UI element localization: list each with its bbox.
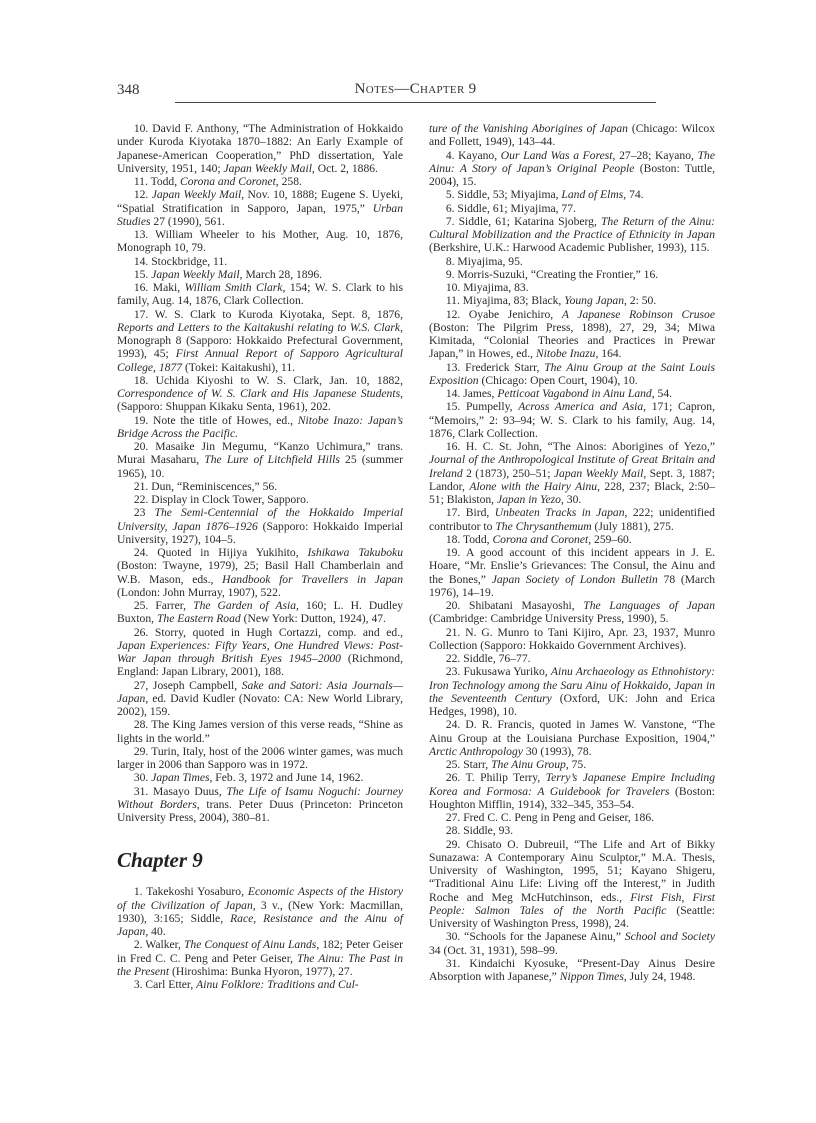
note-text: , 2: 50. bbox=[624, 294, 656, 307]
endnote: 23 The Semi-Centennial of the Hokkaido I… bbox=[117, 506, 403, 546]
italic-title: Reports and Letters to the Kaitakushi re… bbox=[117, 321, 400, 334]
endnote: 12. Oyabe Jenichiro, A Japanese Robinson… bbox=[429, 308, 715, 361]
endnote: 12. Japan Weekly Mail, Nov. 10, 1888; Eu… bbox=[117, 188, 403, 228]
note-text: 23. Fukusawa Yuriko, bbox=[446, 665, 551, 678]
italic-title: Japan Society of London Bulletin bbox=[492, 573, 658, 586]
note-text: (Chicago: Open Court, 1904), 10. bbox=[479, 374, 638, 387]
italic-title: Across America and Asia bbox=[518, 400, 643, 413]
note-text: 3. Carl Etter, bbox=[134, 978, 196, 991]
italic-title: Corona and Coronet bbox=[180, 175, 276, 188]
note-text: 13. Frederick Starr, bbox=[446, 361, 544, 374]
note-text: , 40. bbox=[145, 925, 165, 938]
note-text: 25. Starr, bbox=[446, 758, 491, 771]
endnote: 7. Siddle, 61; Katarina Sjoberg, The Ret… bbox=[429, 215, 715, 255]
endnote: 2. Walker, The Conquest of Ainu Lands, 1… bbox=[117, 938, 403, 978]
note-text: 24. Quoted in Hijiya Yukihito, bbox=[134, 546, 308, 559]
note-text: 23 bbox=[134, 506, 155, 519]
endnote: 21. Dun, “Reminiscences,” 56. bbox=[117, 480, 403, 493]
italic-title: Ainu Folklore: Traditions and Cul- bbox=[196, 978, 359, 991]
note-text: 19. Note the title of Howes, ed., bbox=[134, 414, 298, 427]
note-text: (Hiroshima: Bunka Hyoron, 1977), 27. bbox=[169, 965, 353, 978]
note-text: (London: John Murray, 1907), 522. bbox=[117, 586, 281, 599]
italic-title: The Conquest of Ainu Lands bbox=[184, 938, 316, 951]
endnote: 27. Fred C. C. Peng in Peng and Geiser, … bbox=[429, 811, 715, 824]
endnote: 23. Fukusawa Yuriko, Ainu Archaeology as… bbox=[429, 665, 715, 718]
note-text: 13. William Wheeler to his Mother, Aug. … bbox=[117, 228, 403, 254]
note-text: , 259–60. bbox=[588, 533, 631, 546]
note-text: , ed. David Kudler (Novato: CA: New Worl… bbox=[117, 692, 403, 718]
endnote: 19. Note the title of Howes, ed., Nitobe… bbox=[117, 414, 403, 441]
note-text: 1. Takekoshi Yosaburo, bbox=[134, 885, 248, 898]
note-text: 25. Farrer, bbox=[134, 599, 193, 612]
endnote: 13. William Wheeler to his Mother, Aug. … bbox=[117, 228, 403, 255]
endnote: 18. Todd, Corona and Coronet, 259–60. bbox=[429, 533, 715, 546]
endnote: 24. D. R. Francis, quoted in James W. Va… bbox=[429, 718, 715, 758]
endnote: 19. A good account of this incident appe… bbox=[429, 546, 715, 599]
note-text: 6. Siddle, 61; Miyajima, 77. bbox=[446, 202, 576, 215]
note-text: (Berkshire, U.K.: Harwood Academic Publi… bbox=[429, 241, 710, 254]
endnote: 21. N. G. Munro to Tani Kijiro, Apr. 23,… bbox=[429, 626, 715, 653]
endnote: 24. Quoted in Hijiya Yukihito, Ishikawa … bbox=[117, 546, 403, 599]
endnote: 26. Storry, quoted in Hugh Cortazzi, com… bbox=[117, 626, 403, 679]
note-text: 15. Pumpelly, bbox=[446, 400, 518, 413]
note-text: , Feb. 3, 1972 and June 14, 1962. bbox=[210, 771, 364, 784]
note-text: 21. N. G. Munro to Tani Kijiro, Apr. 23,… bbox=[429, 626, 715, 652]
note-text: 5. Siddle, 53; Miyajima, bbox=[446, 188, 562, 201]
italic-title: The Languages of Japan bbox=[583, 599, 715, 612]
endnote: 29. Chisato O. Dubreuil, “The Life and A… bbox=[429, 838, 715, 931]
note-text: 34 (Oct. 31, 1931), 598–99. bbox=[429, 944, 558, 957]
note-text: , July 24, 1948. bbox=[624, 970, 696, 983]
italic-title: Unbeaten Tracks in Japan bbox=[495, 506, 625, 519]
note-text: , March 28, 1896. bbox=[240, 268, 322, 281]
endnote: 10. Miyajima, 83. bbox=[429, 281, 715, 294]
italic-title: School and Society bbox=[625, 930, 715, 943]
italic-title: Japan Weekly Mail bbox=[554, 467, 643, 480]
endnote: 15. Pumpelly, Across America and Asia, 1… bbox=[429, 400, 715, 440]
italic-title: Ishikawa Takuboku bbox=[308, 546, 403, 559]
endnote: 17. W. S. Clark to Kuroda Kiyotaka, Sept… bbox=[117, 308, 403, 374]
note-text: 27, Joseph Campbell, bbox=[134, 679, 242, 692]
italic-title: Japan Weekly Mail bbox=[151, 268, 239, 281]
endnote: 16. Maki, William Smith Clark, 154; W. S… bbox=[117, 281, 403, 308]
note-text: 16. H. C. St. John, “The Ainos: Aborigin… bbox=[446, 440, 715, 453]
endnote: 20. Masaike Jin Megumu, “Kanzo Uchimura,… bbox=[117, 440, 403, 480]
italic-title: Nippon Times bbox=[560, 970, 624, 983]
italic-title: Alone with the Hairy Ainu bbox=[469, 480, 597, 493]
note-text: 26. Storry, quoted in Hugh Cortazzi, com… bbox=[134, 626, 403, 639]
note-text: 17. W. S. Clark to Kuroda Kiyotaka, Sept… bbox=[134, 308, 403, 321]
italic-title: The Ainu Group bbox=[491, 758, 566, 771]
note-text: (July 1881), 275. bbox=[592, 520, 674, 533]
endnote: 31. Kindaichi Kyosuke, “Present-Day Ainu… bbox=[429, 957, 715, 984]
endnote: 14. Stockbridge, 11. bbox=[117, 255, 403, 268]
endnote: 26. T. Philip Terry, Terry’s Japanese Em… bbox=[429, 771, 715, 811]
note-text: 11. Miyajima, 83; Black, bbox=[446, 294, 564, 307]
note-text: , 54. bbox=[652, 387, 672, 400]
note-text: , 164. bbox=[595, 347, 621, 360]
endnote: 13. Frederick Starr, The Ainu Group at t… bbox=[429, 361, 715, 388]
notes-list-previous-chapter: 10. David F. Anthony, “The Administratio… bbox=[117, 122, 403, 824]
note-text: 24. D. R. Francis, quoted in James W. Va… bbox=[429, 718, 715, 744]
note-text: (Cambridge: Cambridge University Press, … bbox=[429, 612, 669, 625]
page-number: 348 bbox=[117, 82, 140, 99]
note-text: , 258. bbox=[276, 175, 302, 188]
italic-title: The Eastern Road bbox=[157, 612, 241, 625]
italic-title: Japan Weekly Mail bbox=[152, 188, 241, 201]
note-text: 17. Bird, bbox=[446, 506, 495, 519]
note-continuation: ture of the Vanishing Aborigines of Japa… bbox=[429, 122, 715, 149]
endnote: 20. Shibatani Masayoshi, The Languages o… bbox=[429, 599, 715, 626]
note-text: 21. Dun, “Reminiscences,” 56. bbox=[134, 480, 277, 493]
endnote: 22. Siddle, 76–77. bbox=[429, 652, 715, 665]
note-text: 2 (1873), 250–51; bbox=[463, 467, 554, 480]
endnote: 11. Miyajima, 83; Black, Young Japan, 2:… bbox=[429, 294, 715, 307]
endnote: 18. Uchida Kiyoshi to W. S. Clark, Jan. … bbox=[117, 374, 403, 414]
note-text: 22. Siddle, 76–77. bbox=[446, 652, 531, 665]
endnote: 29. Turin, Italy, host of the 2006 winte… bbox=[117, 745, 403, 772]
note-text: (New York: Dutton, 1924), 47. bbox=[241, 612, 386, 625]
note-text: 8. Miyajima, 95. bbox=[446, 255, 523, 268]
note-text: , 74. bbox=[623, 188, 643, 201]
note-text: 9. Morris-Suzuki, “Creating the Frontier… bbox=[446, 268, 658, 281]
note-text: 26. T. Philip Terry, bbox=[446, 771, 546, 784]
running-head: Notes—Chapter 9 bbox=[175, 81, 656, 98]
endnote: 1. Takekoshi Yosaburo, Economic Aspects … bbox=[117, 885, 403, 938]
italic-title: William Smith Clark bbox=[185, 281, 283, 294]
italic-title: The Garden of Asia bbox=[193, 599, 296, 612]
endnote: 6. Siddle, 61; Miyajima, 77. bbox=[429, 202, 715, 215]
note-text: , 75. bbox=[566, 758, 586, 771]
italic-title: The Chrysanthemum bbox=[495, 520, 591, 533]
chapter-heading: Chapter 9 bbox=[117, 848, 403, 872]
italic-title: Japan Weekly Mail bbox=[223, 162, 311, 175]
endnote: 9. Morris-Suzuki, “Creating the Frontier… bbox=[429, 268, 715, 281]
note-text: 18. Todd, bbox=[446, 533, 493, 546]
endnote: 25. Farrer, The Garden of Asia, 160; L. … bbox=[117, 599, 403, 626]
note-text: 4. Kayano, bbox=[446, 149, 501, 162]
italic-title: Our Land Was a Forest bbox=[501, 149, 613, 162]
endnote: 28. The King James version of this verse… bbox=[117, 718, 403, 745]
note-text: 27 (1990), 561. bbox=[151, 215, 225, 228]
note-text: 2. Walker, bbox=[134, 938, 184, 951]
note-text: 10. Miyajima, 83. bbox=[446, 281, 529, 294]
endnote: 22. Display in Clock Tower, Sapporo. bbox=[117, 493, 403, 506]
note-text: 14. James, bbox=[446, 387, 498, 400]
notes-list-chapter-9: 1. Takekoshi Yosaburo, Economic Aspects … bbox=[117, 885, 403, 991]
notes-list-chapter-9-continued: ture of the Vanishing Aborigines of Japa… bbox=[429, 122, 715, 983]
endnote: 28. Siddle, 93. bbox=[429, 824, 715, 837]
note-text: 14. Stockbridge, 11. bbox=[134, 255, 227, 268]
italic-title: Japan Times bbox=[151, 771, 209, 784]
note-text: 27. Fred C. C. Peng in Peng and Geiser, … bbox=[446, 811, 654, 824]
italic-title: Handbook for Travellers in Japan bbox=[222, 573, 403, 586]
italic-title: Land of Elms bbox=[561, 188, 623, 201]
note-text: 28. Siddle, 93. bbox=[446, 824, 513, 837]
note-text: 30. “Schools for the Japanese Ainu,” bbox=[446, 930, 625, 943]
italic-title: Petticoat Vagabond in Ainu Land bbox=[497, 387, 651, 400]
note-text: 12. Oyabe Jenichiro, bbox=[446, 308, 562, 321]
italic-title: Correspondence of W. S. Clark and His Ja… bbox=[117, 387, 400, 400]
note-text: 30. bbox=[134, 771, 151, 784]
endnote: 30. Japan Times, Feb. 3, 1972 and June 1… bbox=[117, 771, 403, 784]
italic-title: ture of the Vanishing Aborigines of Japa… bbox=[429, 122, 628, 135]
note-text: , 27–28; Kayano, bbox=[613, 149, 698, 162]
endnote: 15. Japan Weekly Mail, March 28, 1896. bbox=[117, 268, 403, 281]
endnote: 8. Miyajima, 95. bbox=[429, 255, 715, 268]
endnote: 14. James, Petticoat Vagabond in Ainu La… bbox=[429, 387, 715, 400]
note-text: 30 (1993), 78. bbox=[523, 745, 592, 758]
endnote: 11. Todd, Corona and Coronet, 258. bbox=[117, 175, 403, 188]
endnote: 16. H. C. St. John, “The Ainos: Aborigin… bbox=[429, 440, 715, 506]
italic-title: Corona and Coronet bbox=[492, 533, 588, 546]
note-text: , Oct. 2, 1886. bbox=[312, 162, 378, 175]
note-text: 29. Turin, Italy, host of the 2006 winte… bbox=[117, 745, 403, 771]
italic-title: Arctic Anthropology bbox=[429, 745, 523, 758]
endnote: 31. Masayo Duus, The Life of Isamu Noguc… bbox=[117, 785, 403, 825]
note-text: 28. The King James version of this verse… bbox=[117, 718, 403, 744]
left-column: 10. David F. Anthony, “The Administratio… bbox=[117, 122, 403, 991]
endnote: 30. “Schools for the Japanese Ainu,” Sch… bbox=[429, 930, 715, 957]
note-text: 16. Maki, bbox=[134, 281, 185, 294]
endnote: 4. Kayano, Our Land Was a Forest, 27–28;… bbox=[429, 149, 715, 189]
note-text: 7. Siddle, 61; Katarina Sjoberg, bbox=[446, 215, 601, 228]
italic-title: Nitobe Inazu bbox=[536, 347, 596, 360]
endnote: 27, Joseph Campbell, Sake and Satori: As… bbox=[117, 679, 403, 719]
note-text: 12. bbox=[134, 188, 152, 201]
header-rule bbox=[175, 102, 656, 103]
note-text: 31. Masayo Duus, bbox=[134, 785, 227, 798]
note-text: , 30. bbox=[561, 493, 581, 506]
note-text: 11. Todd, bbox=[134, 175, 180, 188]
note-text: 15. bbox=[134, 268, 151, 281]
italic-title: A Japanese Robinson Crusoe bbox=[562, 308, 715, 321]
italic-title: Japan in Yezo bbox=[497, 493, 561, 506]
endnote: 25. Starr, The Ainu Group, 75. bbox=[429, 758, 715, 771]
endnote: 10. David F. Anthony, “The Administratio… bbox=[117, 122, 403, 175]
note-text: (Tokei: Kaitakushi), 11. bbox=[182, 361, 295, 374]
endnote: 17. Bird, Unbeaten Tracks in Japan, 222;… bbox=[429, 506, 715, 533]
italic-title: The Lure of Litchfield Hills bbox=[204, 453, 340, 466]
endnote: 3. Carl Etter, Ainu Folklore: Traditions… bbox=[117, 978, 403, 991]
right-column: ture of the Vanishing Aborigines of Japa… bbox=[429, 122, 715, 983]
note-text: 20. Shibatani Masayoshi, bbox=[446, 599, 583, 612]
italic-title: Young Japan bbox=[564, 294, 624, 307]
note-text: 18. Uchida Kiyoshi to W. S. Clark, Jan. … bbox=[134, 374, 403, 387]
endnote: 5. Siddle, 53; Miyajima, Land of Elms, 7… bbox=[429, 188, 715, 201]
note-text: 22. Display in Clock Tower, Sapporo. bbox=[134, 493, 309, 506]
